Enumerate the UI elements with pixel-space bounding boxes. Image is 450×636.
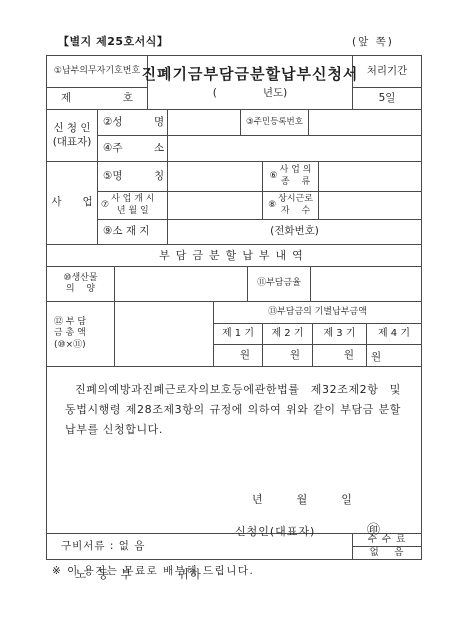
installment-section-title: 부담금분할납부내역: [159, 249, 309, 263]
location-label: ⑨소 재 지: [103, 225, 150, 238]
won-unit-4: 원: [371, 351, 381, 364]
installment-header: ⑬부담금의 기별납부금액: [268, 307, 367, 318]
form-code-label: 【별지 제25호서식】: [58, 33, 168, 49]
resident-number-label: ③주민등록번호: [246, 117, 303, 128]
period-4-label: 제 4 기: [378, 328, 410, 341]
won-unit-3: 원: [344, 349, 354, 362]
applicant-group-cell: 신 청 인 (대표자): [47, 110, 98, 162]
payer-number-value-cell: 제 호: [47, 88, 148, 110]
business-name-label-cell: ⑤명 칭: [98, 162, 168, 192]
required-documents-label: 구비서류 : 없 음: [61, 540, 145, 553]
payer-no-prefix: 제: [61, 92, 71, 105]
applicant-group-line2: (대표자): [53, 136, 92, 149]
front-side-label: (앞 쪽): [352, 34, 394, 49]
business-type-line2: 종 류: [281, 177, 310, 189]
processing-period-value: 5일: [379, 92, 396, 105]
installment-header-cell: ⑬부담금의 기별납부금액: [214, 302, 421, 324]
won-unit-2: 원: [290, 349, 300, 362]
fee-label-cell: 수 수 료: [353, 534, 421, 547]
start-date-line2: 년 월 일: [117, 206, 149, 218]
rate-label-cell: ⑪부담금율: [248, 267, 311, 302]
business-group-cell: 사 업: [47, 162, 98, 245]
location-value-cell: (전화번호): [168, 220, 421, 245]
date-year-label: 년: [252, 493, 263, 507]
total-amount-line2: 금 총 액: [54, 328, 86, 339]
period-2-label: 제 2 기: [271, 328, 303, 341]
business-group-label: 사 업: [37, 196, 106, 209]
workers-line2: 자 수: [281, 206, 310, 218]
resident-number-value-cell: [309, 110, 421, 136]
name-label: ②성 명: [103, 116, 164, 129]
processing-period-value-cell: 5일: [353, 88, 421, 110]
statement-cell: 진폐의예방과진폐근로자의보호등에관한법률 제32조제2항 및 동법시행령 제28…: [47, 367, 421, 534]
total-amount-formula: (⑩×⑪): [54, 340, 86, 351]
name-value-cell: [168, 110, 241, 136]
address-label-cell: ④주 소: [98, 136, 168, 162]
date-month-label: 월: [297, 493, 308, 507]
rate-value-cell: [311, 267, 421, 302]
payer-number-label-cell: ①납부의무자기호번호: [47, 56, 148, 88]
start-date-value-cell: [168, 192, 263, 220]
workers-num: ⑧: [268, 200, 276, 211]
period-1-amount-cell: 원: [214, 345, 263, 367]
business-type-line1: 사 업 의: [280, 165, 312, 177]
workers-label-cell: ⑧ 상시근로 자 수: [263, 192, 319, 220]
product-amount-value-cell: [115, 267, 248, 302]
business-type-label: 사 업 의 종 류: [280, 165, 312, 188]
form-title: 진폐기금부담금분할납부신청서: [142, 65, 359, 84]
start-date-line1: 사 업 개 시: [111, 194, 154, 206]
period-2-label-cell: 제 2 기: [263, 324, 313, 345]
year-paren-close: 년도): [263, 87, 287, 100]
start-date-label-cell: ⑦ 사 업 개 시 년 월 일: [98, 192, 168, 220]
name-label-cell: ②성 명: [98, 110, 168, 136]
applicant-group-line1: 신 청 인: [53, 122, 90, 135]
fee-value: 없 음: [370, 547, 405, 559]
business-name-label: ⑤명 칭: [103, 170, 164, 183]
required-documents-cell: 구비서류 : 없 음: [47, 534, 353, 559]
form-table: ①납부의무자기호번호 진폐기금부담금분할납부신청서 ( 년도) 처리기간 제 호…: [46, 55, 422, 560]
start-date-num: ⑦: [101, 200, 109, 211]
installment-section-title-cell: 부담금분할납부내역: [47, 245, 421, 267]
processing-period-label: 처리기간: [367, 65, 408, 78]
period-1-label-cell: 제 1 기: [214, 324, 263, 345]
total-amount-label-cell: ⑫ 부 담 금 총 액 (⑩×⑪): [47, 302, 115, 367]
period-3-label: 제 3 기: [323, 328, 355, 341]
year-paren-open: (: [213, 87, 217, 100]
period-3-label-cell: 제 3 기: [313, 324, 367, 345]
period-2-amount-cell: 원: [263, 345, 313, 367]
business-type-value-cell: [319, 162, 421, 192]
product-amount-line1: ⑩생산물: [63, 273, 97, 284]
payer-number-label: ①납부의무자기호번호: [54, 66, 140, 77]
business-name-value-cell: [168, 162, 263, 192]
free-distribution-note: ※ 이 용지는 무료로 배부해 드립니다.: [52, 563, 254, 578]
product-amount-line2: 의 양: [66, 284, 95, 295]
address-label: ④주 소: [103, 142, 164, 155]
business-type-label-cell: ⑥ 사 업 의 종 류: [263, 162, 319, 192]
period-4-label-cell: 제 4 기: [367, 324, 421, 345]
processing-period-label-cell: 처리기간: [353, 56, 421, 88]
form-title-cell: 진폐기금부담금분할납부신청서 ( 년도): [148, 56, 353, 110]
workers-label: 상시근로 자 수: [278, 194, 313, 217]
business-type-num: ⑥: [270, 171, 278, 182]
workers-line1: 상시근로: [278, 194, 313, 206]
location-label-cell: ⑨소 재 지: [98, 220, 168, 245]
payer-no-suffix: 호: [123, 92, 133, 105]
won-unit-1: 원: [240, 349, 250, 362]
form-title-year: ( 년도): [213, 87, 288, 100]
resident-number-label-cell: ③주민등록번호: [241, 110, 309, 136]
start-date-label: 사 업 개 시 년 월 일: [111, 194, 154, 217]
period-3-amount-cell: 원: [313, 345, 367, 367]
total-amount-value-cell: [115, 302, 214, 367]
date-line: 년 월 일: [252, 493, 352, 507]
period-1-label: 제 1 기: [222, 328, 254, 341]
payer-number-value: 제 호: [47, 92, 147, 105]
total-amount-line1: ⑫ 부 담: [54, 317, 86, 328]
fee-value-cell: 없 음: [353, 547, 421, 559]
address-value-cell: [168, 136, 421, 162]
rate-label: ⑪부담금율: [257, 278, 301, 289]
workers-value-cell: [319, 192, 421, 220]
statement-text: 진폐의예방과진폐근로자의보호등에관한법률 제32조제2항 및 동법시행령 제28…: [47, 367, 421, 439]
product-amount-label-cell: ⑩생산물 의 양: [47, 267, 115, 302]
location-phone-label: (전화번호): [270, 225, 319, 238]
fee-label: 수 수 료: [368, 534, 407, 546]
date-day-label: 일: [341, 493, 352, 507]
period-4-amount-cell: 원: [367, 345, 421, 367]
